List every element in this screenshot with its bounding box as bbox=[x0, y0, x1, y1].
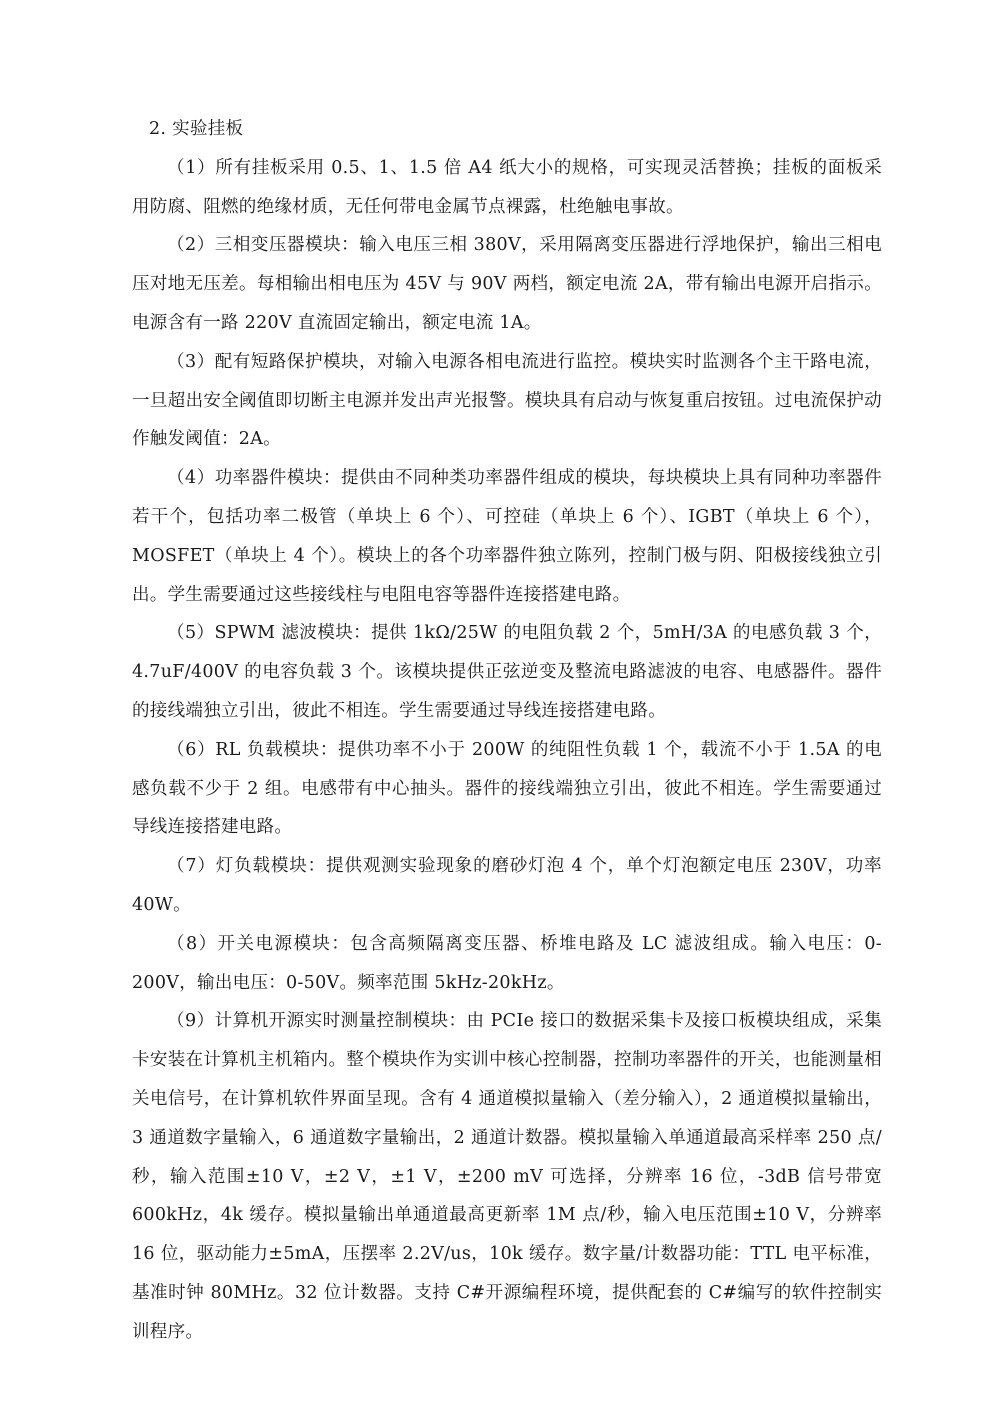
paragraph-1-panel-specs: （1）所有挂板采用 0.5、1、1.5 倍 A4 纸大小的规格，可实现灵活替换；… bbox=[132, 149, 882, 227]
paragraph-6-rl-load-module: （6）RL 负载模块：提供功率不小于 200W 的纯阻性负载 1 个，载流不小于… bbox=[132, 731, 882, 847]
paragraph-7-lamp-load-module: （7）灯负载模块：提供观测实验现象的磨砂灯泡 4 个，单个灯泡额定电压 230V… bbox=[132, 847, 882, 925]
paragraph-9-measurement-control-module: （9）计算机开源实时测量控制模块：由 PCIe 接口的数据采集卡及接口板模块组成… bbox=[132, 1002, 882, 1351]
paragraph-5-spwm-filter-module: （5）SPWM 滤波模块：提供 1kΩ/25W 的电阻负载 2 个，5mH/3A… bbox=[132, 614, 882, 730]
section-heading: 2. 实验挂板 bbox=[132, 110, 882, 149]
paragraph-3-short-circuit-protection: （3）配有短路保护模块，对输入电源各相电流进行监控。模块实时监测各个主干路电流，… bbox=[132, 343, 882, 459]
paragraph-2-transformer-module: （2）三相变压器模块：输入电压三相 380V，采用隔离变压器进行浮地保护，输出三… bbox=[132, 226, 882, 342]
paragraph-8-switching-power-module: （8）开关电源模块：包含高频隔离变压器、桥堆电路及 LC 滤波组成。输入电压：0… bbox=[132, 925, 882, 1003]
document-page: 2. 实验挂板 （1）所有挂板采用 0.5、1、1.5 倍 A4 纸大小的规格，… bbox=[132, 110, 882, 1352]
paragraph-4-power-device-module: （4）功率器件模块：提供由不同种类功率器件组成的模块，每块模块上具有同种功率器件… bbox=[132, 459, 882, 614]
